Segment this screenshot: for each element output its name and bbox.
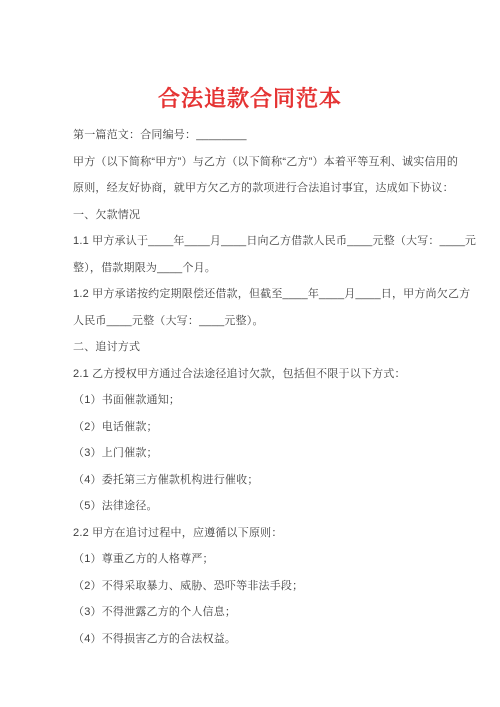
document-page: 合法追款合同范本 第一篇范文：合同编号：________甲方（以下简称“甲方”）… — [0, 0, 500, 707]
document-line: （1）尊重乙方的人格尊严； — [73, 546, 460, 573]
document-line: 第一篇范文：合同编号：________ — [73, 122, 460, 149]
document-line: （3）不得泄露乙方的个人信息； — [73, 599, 460, 626]
document-line: 1.1 甲方承认于____年____月____日向乙方借款人民币____元整（大… — [73, 228, 460, 255]
document-line: 1.2 甲方承诺按约定期限偿还借款，但截至____年____月____日，甲方尚… — [73, 281, 460, 308]
document-line: （4）不得损害乙方的合法权益。 — [73, 626, 460, 653]
document-line: 一、欠款情况 — [73, 202, 460, 229]
document-line: （2）不得采取暴力、威胁、恐吓等非法手段； — [73, 573, 460, 600]
document-line: （2）电话催款； — [73, 414, 460, 441]
document-line: 二、追讨方式 — [73, 334, 460, 361]
document-line: 原则，经友好协商，就甲方欠乙方的款项进行合法追讨事宜，达成如下协议： — [73, 175, 460, 202]
document-line: 整），借款期限为____个月。 — [73, 255, 460, 282]
document-line: （3）上门催款； — [73, 440, 460, 467]
document-line: （5）法律途径。 — [73, 493, 460, 520]
document-line: （4）委托第三方催款机构进行催收； — [73, 467, 460, 494]
document-line: 人民币____元整（大写：____元整）。 — [73, 308, 460, 335]
document-title: 合法追款合同范本 — [0, 84, 500, 114]
document-line: 甲方（以下简称“甲方”）与乙方（以下简称“乙方”）本着平等互利、诚实信用的 — [73, 149, 460, 176]
document-line: 2.1 乙方授权甲方通过合法途径追讨欠款，包括但不限于以下方式： — [73, 361, 460, 388]
document-body: 第一篇范文：合同编号：________甲方（以下简称“甲方”）与乙方（以下简称“… — [73, 122, 460, 652]
document-line: （1）书面催款通知； — [73, 387, 460, 414]
document-line: 2.2 甲方在追讨过程中，应遵循以下原则： — [73, 520, 460, 547]
